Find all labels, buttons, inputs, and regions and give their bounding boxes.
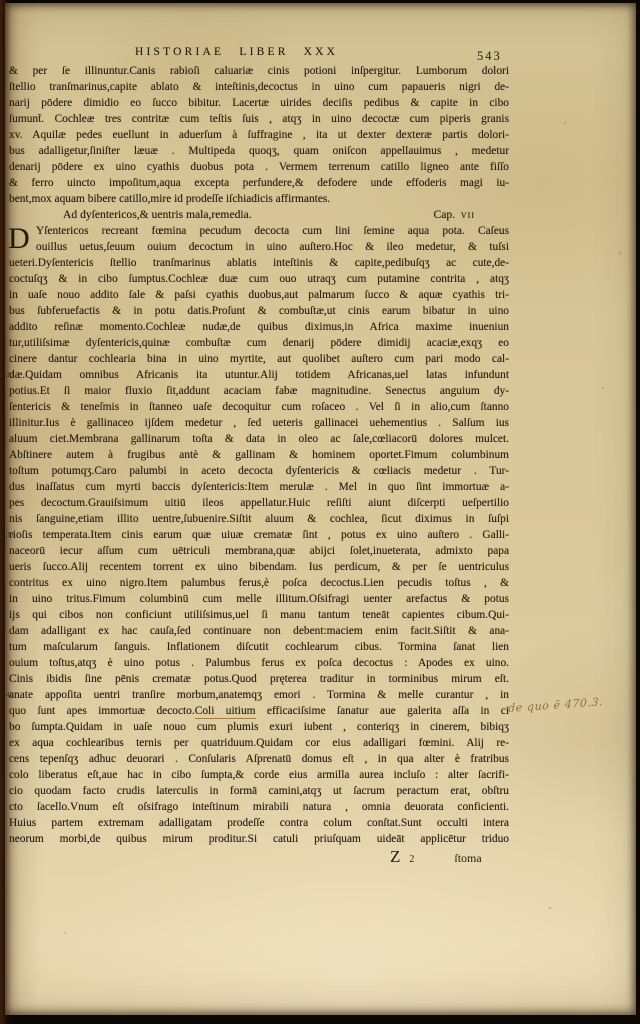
text-block: & per ſe illinuntur.Canis rabioſi caluar… bbox=[9, 63, 509, 847]
chapter-number: Cap. vii bbox=[434, 207, 475, 223]
catchword: ſtoma bbox=[454, 851, 481, 865]
text-line: contritus ex uino nigro.Item palumbus fe… bbox=[9, 575, 509, 591]
text-line: potius.Et ſi maior fluxio ſit,addunt aca… bbox=[9, 383, 509, 399]
text-line: cens tepenſqʒ adhuc deuorari . Conſulari… bbox=[9, 751, 509, 767]
underlined-phrase: Coli uitium bbox=[195, 705, 256, 719]
text-line: bus adalligetur,ſiniſter læuæ . Multiped… bbox=[9, 143, 509, 159]
text-line: tur,utiliſsimæ dyſentericis,quinæ combuſ… bbox=[9, 335, 509, 351]
paragraph-2: D Yſentericos recreant fœmina pecudum de… bbox=[9, 223, 509, 847]
text-line: ſumunt̄. Cochleæ tres contritæ cum teſti… bbox=[9, 111, 509, 127]
chapter-heading-row: Ad dyſentericos,& uentris mala,remedia. … bbox=[9, 207, 509, 223]
text-line: nis ſanguine,etiam illito uentre,ſubueni… bbox=[9, 511, 509, 527]
text-segment: quo ſunt apes immortuæ decocto. bbox=[9, 705, 195, 717]
text-line: ſentericis & teneſmis in ſtanneo uaſe de… bbox=[9, 399, 509, 415]
text-line: ijs qui cibos non conficiunt utiliſsimus… bbox=[9, 607, 509, 623]
paper: HISTORIAE LIBER XXX 543 & per ſe illinun… bbox=[5, 3, 636, 1015]
handwritten-margin-note: de quo ē 470.3. bbox=[508, 692, 640, 715]
text-line: cio quodam facto crudis laterculis in fo… bbox=[9, 783, 509, 799]
text-line: Abſtinere autem à frugibus antè & gallin… bbox=[9, 447, 509, 463]
chapter-heading: Ad dyſentericos,& uentris mala,remedia. bbox=[63, 207, 252, 223]
text-line: coctuſqʒ & in cibo ſumptus.Cochleæ duæ c… bbox=[9, 271, 509, 287]
text-line: cto ſacello.Vnum eſt oſsifrago inteſtinu… bbox=[9, 799, 509, 815]
text-line: addito reſinæ momento.Cochleæ nudæ,de qu… bbox=[9, 319, 509, 335]
drop-cap-letter: D bbox=[8, 224, 35, 255]
text-line: Huius partem extremam adalligatam prodeſ… bbox=[9, 815, 509, 831]
text-line: neorum morbi,de quibus mirum proditur.Si… bbox=[9, 831, 509, 847]
chapter-cap-number: vii bbox=[461, 208, 475, 221]
text-line: cinere dantur cochlearia bina in uino my… bbox=[9, 351, 509, 367]
signature-letter: Z bbox=[390, 847, 400, 866]
text-line: bent,mox aquam bibere catillo,mire id pr… bbox=[9, 191, 509, 207]
margin-line-number: 20 bbox=[6, 370, 14, 379]
text-line: dus inaſſatus cum myrti baccis dyſenteri… bbox=[9, 479, 509, 495]
book-page-scan: HISTORIAE LIBER XXX 543 & per ſe illinun… bbox=[0, 0, 640, 1024]
text-line: pes decoctum.Grauiſsimum uitiū ileos app… bbox=[9, 495, 509, 511]
signature-line: Z2ſtoma bbox=[390, 847, 482, 867]
page-number: 543 bbox=[477, 49, 502, 64]
text-line: Cinis ibidis ſine pēnis crematæ potus.Qu… bbox=[9, 671, 509, 687]
paragraph-1: & per ſe illinuntur.Canis rabioſi caluar… bbox=[9, 63, 509, 207]
signature-number: 2 bbox=[409, 854, 414, 865]
text-line: denarij pōdere ex uino cyathis duobus po… bbox=[9, 159, 509, 175]
text-line: dam adalligant ex hac cauſa,ſed continua… bbox=[9, 623, 509, 639]
text-line: quo ſunt apes immortuæ decocto.Coli uiti… bbox=[9, 703, 509, 719]
text-line: xv. Aquilæ pedes euellunt in aduerſum à … bbox=[9, 127, 509, 143]
header-title: HISTORIAE LIBER XXX bbox=[135, 46, 338, 58]
margin-line-number: 40 bbox=[6, 690, 14, 699]
text-line: ueris ſucco.Alij recentem torrent ex uin… bbox=[9, 559, 509, 575]
text-line: narij pōdere dimidio eo ſucco bibitur. L… bbox=[9, 95, 509, 111]
text-line: bo ſumpta.Quidam in uaſe nouo cum plumis… bbox=[9, 719, 509, 735]
margin-line-number: 30 bbox=[6, 530, 14, 539]
text-line: in uino tritus.Fimum columbinū cum melle… bbox=[9, 591, 509, 607]
text-segment: efficaciſsime ſanatur aue galerita aſſa … bbox=[256, 705, 509, 717]
text-line: ouium toſtus,atqʒ è uino potus . Palumbu… bbox=[9, 655, 509, 671]
text-line: ex aqua cochlearibus ternis per quatridu… bbox=[9, 735, 509, 751]
text-line: illinitur.Ius è gallinaceo ijſdem medetu… bbox=[9, 415, 509, 431]
text-line: ſtellio tranſmarinus,capite ablato & int… bbox=[9, 79, 509, 95]
text-line: Yſentericos recreant fœmina pecudum deco… bbox=[9, 223, 509, 239]
text-line: & ferro uincto impoſitum,aqua excepta pe… bbox=[9, 175, 509, 191]
text-line: ueteri.Dyſentericis ſtellio tranſmarinus… bbox=[9, 255, 509, 271]
running-header: HISTORIAE LIBER XXX bbox=[135, 46, 338, 58]
text-line: toſtum potumqʒ.Caro palumbi in aceto dec… bbox=[9, 463, 509, 479]
chapter-cap-label: Cap. bbox=[434, 208, 456, 221]
text-line: & per ſe illinuntur.Canis rabioſi caluar… bbox=[9, 63, 509, 79]
text-line: colo liberatus eſt,aue hac in cibo ſumpt… bbox=[9, 767, 509, 783]
text-line: bus ſubferuefactis & in potu datis.Proſu… bbox=[9, 303, 509, 319]
text-line: in uaſe nouo addito ſale & paſsi cyathis… bbox=[9, 287, 509, 303]
text-line: naceorū iecur aſſum cum uētriculi membra… bbox=[9, 543, 509, 559]
text-line: anate appoſita uentri tranſire morbum,an… bbox=[9, 687, 509, 703]
text-line: ouillus uetus,ſeuum ouium decoctum in ui… bbox=[9, 239, 509, 255]
text-line: aluum ciet.Membrana gallinarum toſta & d… bbox=[9, 431, 509, 447]
text-line: tum maſcularum ſanguis. Inflationem diſc… bbox=[9, 639, 509, 655]
text-line: rioſis temperata.Item cinis earum quæ ui… bbox=[9, 527, 509, 543]
text-line: dæ.Quidam omnibus Africanis ita utuntur.… bbox=[9, 367, 509, 383]
